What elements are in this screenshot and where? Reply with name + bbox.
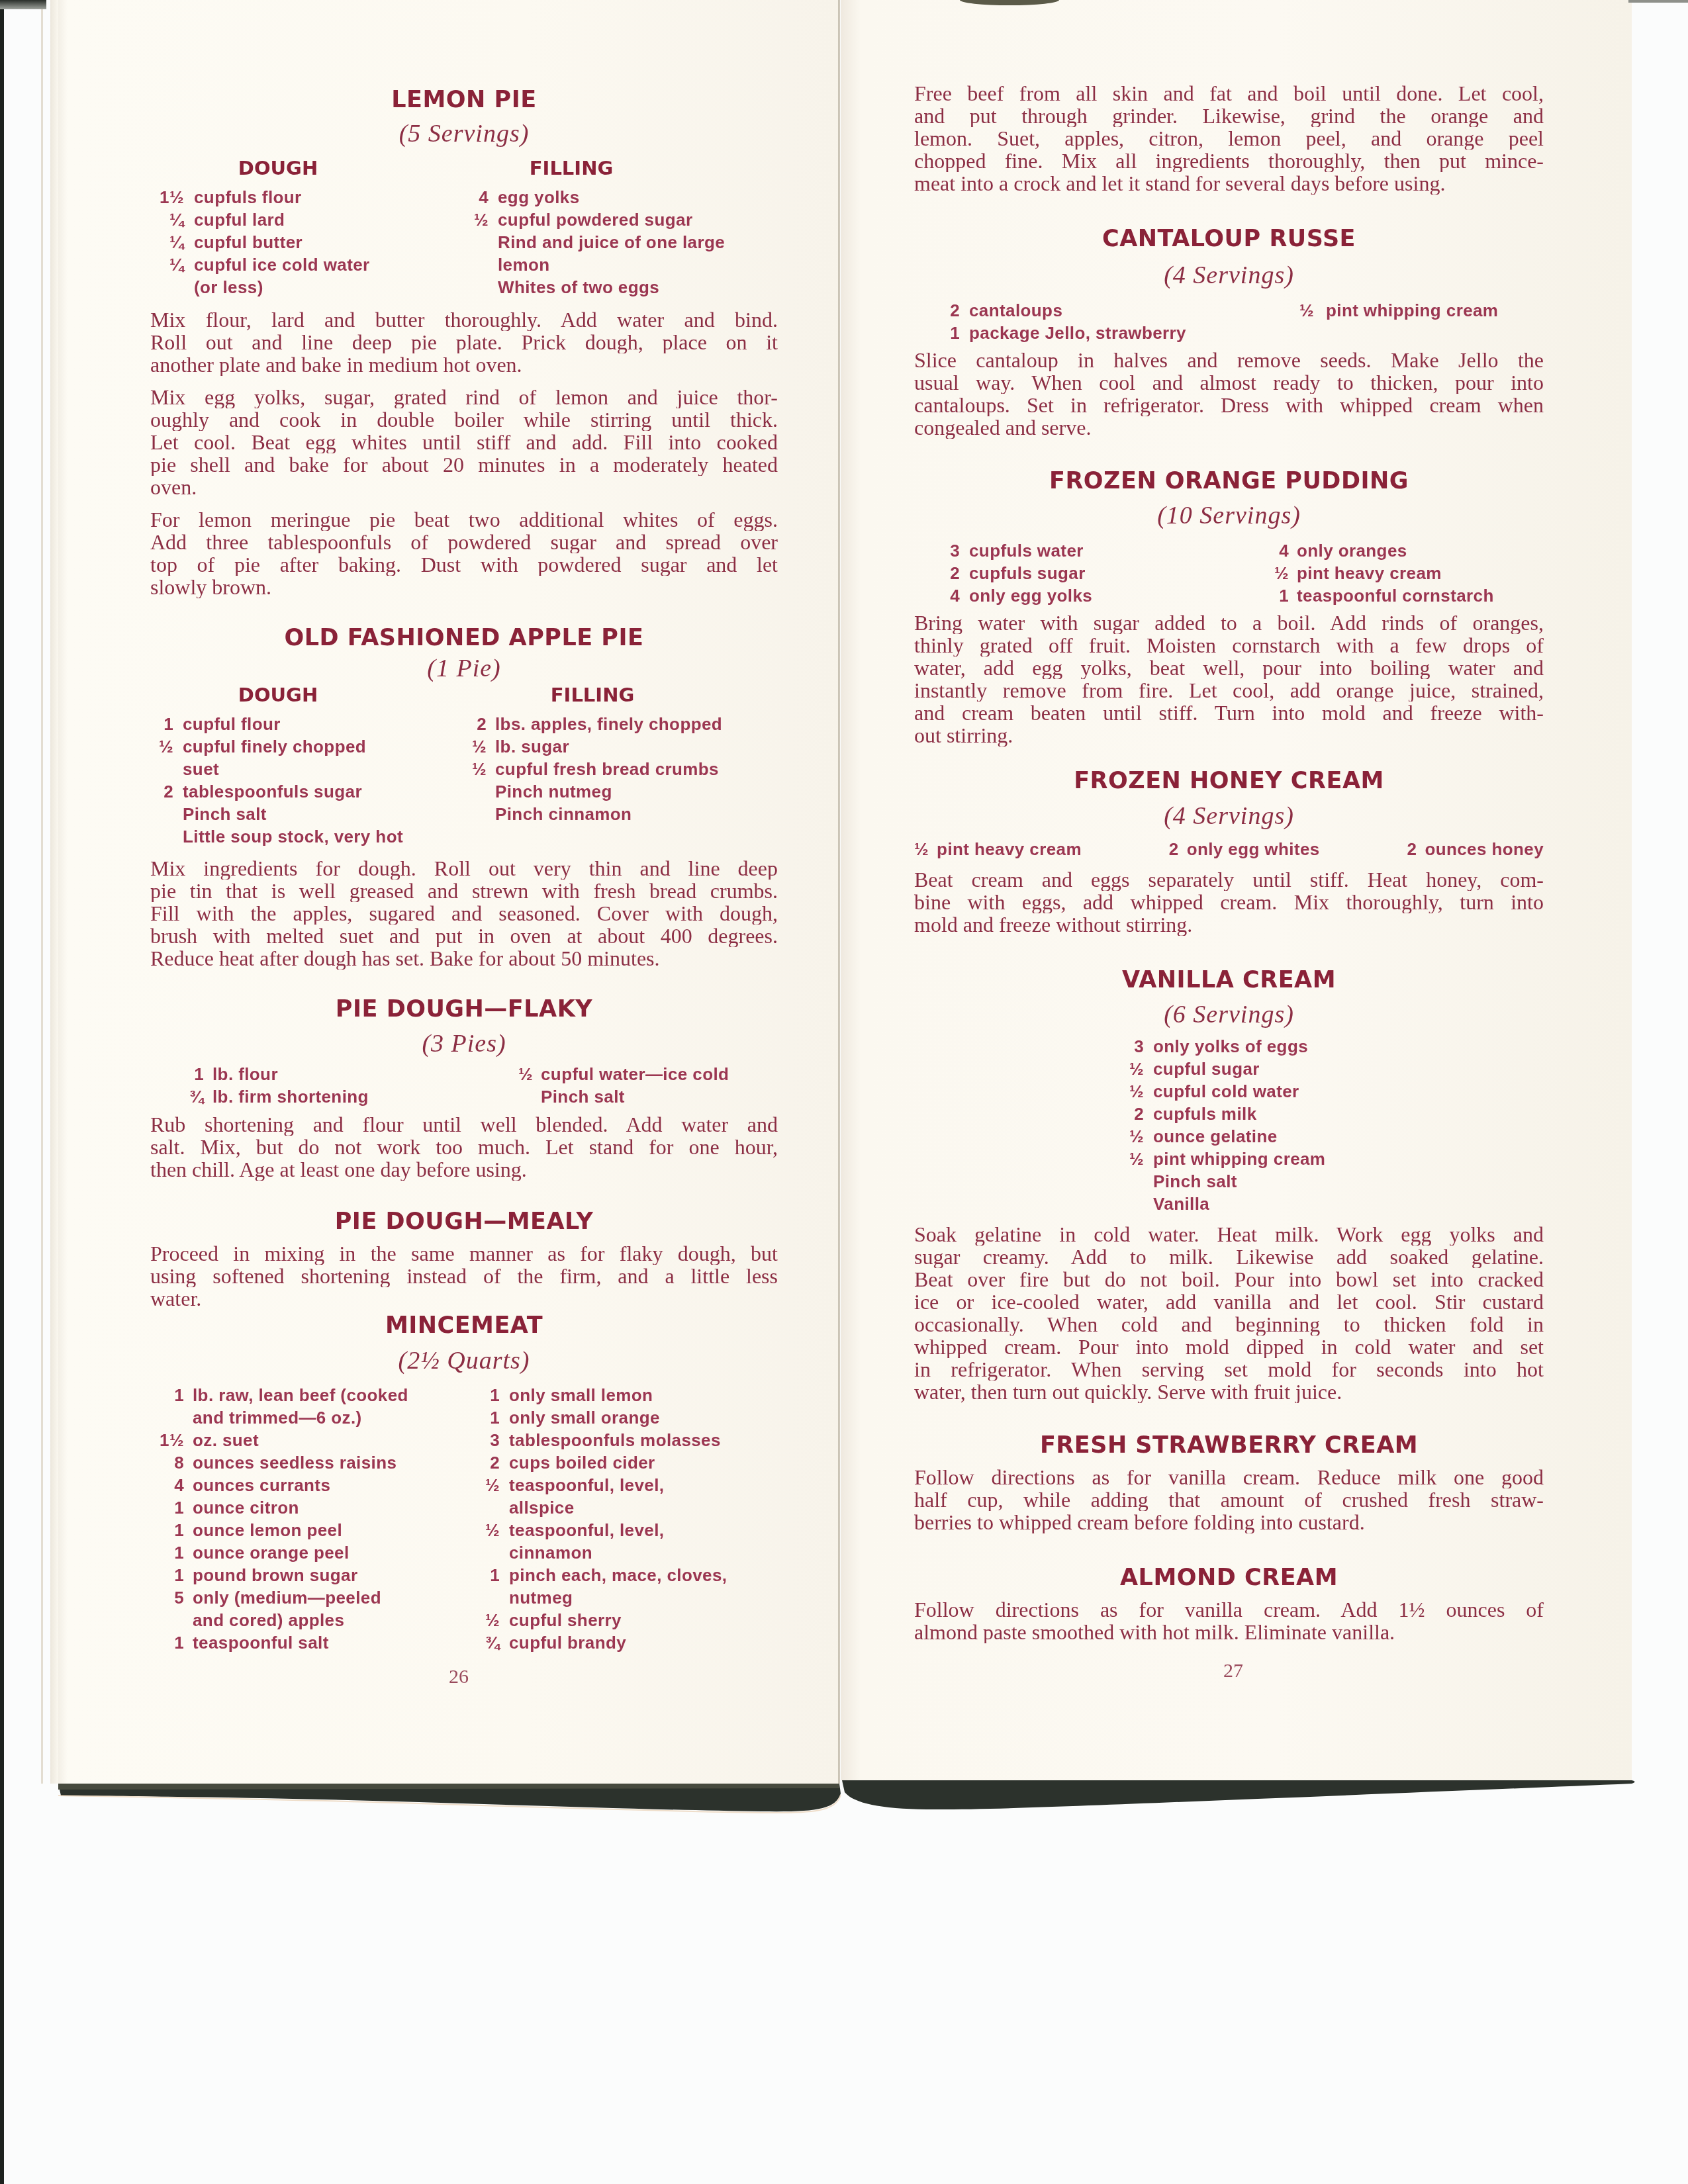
ingredient-name: cupful lard [194, 208, 285, 231]
instructions-paragraph: Bring water with sugar added to a boil. … [914, 612, 1544, 747]
ingredient-name: pint whipping cream [1326, 299, 1498, 322]
paragraph-line: berries to whipped cream before folding … [914, 1511, 1544, 1533]
ingredient-quantity: 1 [165, 1063, 212, 1085]
ingredient-item: ½pint whipping cream [1105, 1148, 1325, 1170]
ingredient-name: cinnamon [509, 1541, 592, 1564]
page-number: 27 [1207, 1660, 1260, 1682]
ingredient-name: only egg yolks [969, 584, 1092, 607]
paragraph-line: Follow directions as for vanilla cream. … [914, 1466, 1544, 1488]
ingredient-quantity: 1 [463, 1564, 509, 1586]
page-number: 26 [432, 1666, 485, 1688]
ingredient-quantity: 3 [1105, 1035, 1153, 1058]
paragraph-line: usual way. When cool and almost ready to… [914, 371, 1544, 394]
ingredient-name: lb. sugar [495, 735, 569, 758]
ingredient-item: ½ounce gelatine [1105, 1125, 1325, 1148]
ingredient-quantity: 1 [463, 1384, 509, 1406]
ingredient-quantity: 2 [927, 562, 969, 584]
ingredient-item: 2only egg whites [1169, 838, 1320, 860]
paragraph-line: top of pie after baking. Dust with powde… [150, 553, 778, 576]
recipe-yield: (6 Servings) [914, 1001, 1544, 1028]
ingredient-quantity [463, 1496, 509, 1519]
paragraph-line: Mix flour, lard and butter thoroughly. A… [150, 308, 778, 331]
ingredient-quantity: ½ [463, 1609, 509, 1631]
ingredient-name: Pinch cinnamon [495, 803, 632, 825]
recipe-title: CANTALOUP RUSSE [914, 226, 1544, 252]
ingredient-item: 1pinch each, mace, cloves, [463, 1564, 727, 1586]
ingredient-name: cupful sugar [1153, 1058, 1260, 1080]
ingredient-name: pound brown sugar [193, 1564, 357, 1586]
ingredient-item: and cored) apples [142, 1609, 408, 1631]
ingredient-quantity [142, 1609, 193, 1631]
ingredient-quantity: ½ [463, 1474, 509, 1496]
book-spine [838, 0, 840, 1784]
paragraph-line: Rub shortening and flour until well blen… [150, 1113, 778, 1136]
ingredient-quantity: 8 [142, 1451, 193, 1474]
recipe-title: LEMON PIE [150, 87, 778, 113]
ingredient-quantity: ½ [496, 1063, 541, 1085]
recipe-yield: (5 Servings) [150, 120, 778, 147]
recipe-title: MINCEMEAT [150, 1312, 778, 1339]
ingredient-name: Vanilla [1153, 1193, 1209, 1215]
ingredient-list: ½pint whipping cream [1278, 299, 1498, 322]
ingredient-item: 2tablespoonfuls sugar [142, 780, 403, 803]
ingredient-item: 2ounces honey [1407, 838, 1544, 860]
ingredient-name: cupful flour [183, 713, 281, 735]
paragraph-line: ice or ice-cooled water, add vanilla and… [914, 1291, 1544, 1313]
recipe-yield: (1 Pie) [150, 655, 778, 682]
ingredient-quantity: ½ [1278, 299, 1326, 322]
paragraph-line: instantly remove from fire. Let cool, ad… [914, 679, 1544, 702]
ingredient-item: ¾cupful brandy [463, 1631, 727, 1654]
ingredient-quantity: ½ [1105, 1080, 1153, 1103]
ingredient-name: suet [183, 758, 219, 780]
ingredient-quantity: ½ [457, 758, 495, 780]
ingredient-quantity: 1 [927, 322, 969, 344]
ingredient-item: cinnamon [463, 1541, 727, 1564]
ingredient-item: ½cupful water—ice cold [496, 1063, 729, 1085]
ingredient-quantity: 2 [1407, 838, 1425, 860]
ingredient-name: lbs. apples, finely chopped [495, 713, 722, 735]
paragraph-line: out stirring. [914, 724, 1544, 747]
recipe-title: OLD FASHIONED APPLE PIE [150, 625, 778, 651]
ingredient-name: cupful powdered sugar [498, 208, 692, 231]
ingredient-name: ounces currants [193, 1474, 330, 1496]
ingredient-name: egg yolks [498, 186, 580, 208]
ingredient-quantity: ¼ [142, 253, 194, 276]
ingredient-item: 1lb. flour [165, 1063, 369, 1085]
filling-heading: FILLING [512, 157, 631, 179]
scanner-shadow-top-right [1628, 0, 1688, 3]
recipe-yield: (2½ Quarts) [150, 1347, 778, 1374]
ingredient-quantity: 3 [463, 1429, 509, 1451]
ingredient-item: 1½cupfuls flour [142, 186, 370, 208]
ingredient-name: teaspoonful salt [193, 1631, 329, 1654]
ingredient-item: 1cupful flour [142, 713, 403, 735]
paragraph-line: Free beef from all skin and fat and boil… [914, 82, 1544, 105]
ingredient-name: ounce citron [193, 1496, 299, 1519]
ingredient-item: 2cupfuls sugar [927, 562, 1092, 584]
ingredient-name: pint heavy cream [937, 838, 1082, 860]
recipe-title: PIE DOUGH—FLAKY [150, 996, 778, 1023]
ingredient-name: cupful water—ice cold [541, 1063, 729, 1085]
instructions-paragraph: Follow directions as for vanilla cream. … [914, 1466, 1544, 1533]
ingredient-item: 1teaspoonful cornstarch [1254, 584, 1494, 607]
recipe-title: ALMOND CREAM [914, 1565, 1544, 1591]
paragraph-line: whipped cream. Pour into mold dipped in … [914, 1336, 1544, 1358]
ingredient-quantity: 1 [142, 1496, 193, 1519]
ingredient-quantity: 2 [1105, 1103, 1153, 1125]
instructions-paragraph: Mix ingredients for dough. Roll out very… [150, 857, 778, 970]
paragraph-line: congealed and serve. [914, 416, 1544, 439]
scanner-shadow-top-left [0, 0, 46, 9]
ingredient-quantity: 2 [142, 780, 183, 803]
ingredient-quantity: 1 [142, 1519, 193, 1541]
ingredient-item: ½teaspoonful, level, [463, 1474, 727, 1496]
ingredient-name: cups boiled cider [509, 1451, 655, 1474]
ingredient-item: 1only small orange [463, 1406, 727, 1429]
ingredient-name: teaspoonful cornstarch [1297, 584, 1494, 607]
ingredient-quantity: 1½ [142, 1429, 193, 1451]
ingredient-name: lb. flour [212, 1063, 278, 1085]
recipe-yield: (4 Servings) [914, 262, 1544, 289]
paragraph-line: Follow directions as for vanilla cream. … [914, 1598, 1544, 1621]
ingredient-name: teaspoonful, level, [509, 1519, 664, 1541]
ingredient-item: ½cupful cold water [1105, 1080, 1325, 1103]
paragraph-line: water, add egg yolks, beat well, pour in… [914, 657, 1544, 679]
ingredient-quantity: 2 [463, 1451, 509, 1474]
ingredient-name: only (medium—peeled [193, 1586, 381, 1609]
recipe-title: PIE DOUGH—MEALY [150, 1208, 778, 1235]
paragraph-line: Beat over fire but do not boil. Pour int… [914, 1268, 1544, 1291]
ingredient-name: and cored) apples [193, 1609, 344, 1631]
ingredient-item: lemon [457, 253, 725, 276]
ingredient-item: allspice [463, 1496, 727, 1519]
ingredient-quantity: ½ [1105, 1058, 1153, 1080]
ingredient-name: only oranges [1297, 539, 1407, 562]
instructions-paragraph: Rub shortening and flour until well blen… [150, 1113, 778, 1181]
paragraph-line: meat into a crock and let it stand for s… [914, 172, 1544, 195]
ingredient-item: Rind and juice of one large [457, 231, 725, 253]
ingredient-name: allspice [509, 1496, 575, 1519]
ingredient-name: Pinch salt [541, 1085, 625, 1108]
ingredient-list: 3only yolks of eggs½cupful sugar½cupful … [1105, 1035, 1325, 1215]
paragraph-line: cantaloups. Set in refrigerator. Dress w… [914, 394, 1544, 416]
page-bottom-shadow [0, 1774, 1688, 1827]
paragraph-line: slowly brown. [150, 576, 778, 598]
ingredient-item: 2cupfuls milk [1105, 1103, 1325, 1125]
ingredient-name: nutmeg [509, 1586, 573, 1609]
ingredient-item: 1ounce orange peel [142, 1541, 408, 1564]
ingredient-item: 1only small lemon [463, 1384, 727, 1406]
ingredient-name: ounce orange peel [193, 1541, 350, 1564]
ingredient-list: ½cupful water—ice coldPinch salt [496, 1063, 729, 1108]
ingredient-name: cupfuls sugar [969, 562, 1086, 584]
ingredient-item: Little soup stock, very hot [142, 825, 403, 848]
ingredient-quantity: ¾ [165, 1085, 212, 1108]
ingredient-quantity: 4 [927, 584, 969, 607]
ingredient-name: pint whipping cream [1153, 1148, 1325, 1170]
ingredient-list: 4only oranges½pint heavy cream1teaspoonf… [1254, 539, 1494, 607]
paragraph-line: mold and freeze without stirring. [914, 913, 1544, 936]
ingredient-item: Vanilla [1105, 1193, 1325, 1215]
recipe-title: FROZEN ORANGE PUDDING [914, 468, 1544, 494]
ingredient-item: Whites of two eggs [457, 276, 725, 298]
ingredient-name: tablespoonfuls molasses [509, 1429, 721, 1451]
ingredient-item: Pinch nutmeg [457, 780, 722, 803]
ingredient-name: only yolks of eggs [1153, 1035, 1308, 1058]
instructions-paragraph: Soak gelatine in cold water. Heat milk. … [914, 1223, 1544, 1403]
paragraph-line: then chill. Age at least one day before … [150, 1158, 778, 1181]
ingredient-quantity [142, 758, 183, 780]
ingredient-item: Pinch salt [142, 803, 403, 825]
instructions-paragraph: Beat cream and eggs separately until sti… [914, 868, 1544, 936]
paragraph-line: bine with eggs, add whipped cream. Mix t… [914, 891, 1544, 913]
ingredient-item: ½pint whipping cream [1278, 299, 1498, 322]
ingredient-quantity [496, 1085, 541, 1108]
ingredient-name: cupful brandy [509, 1631, 626, 1654]
instructions-paragraph: Slice cantaloup in halves and remove see… [914, 349, 1544, 439]
ingredient-item: ½cupful finely chopped [142, 735, 403, 758]
paragraph-line: brush with melted suet and put in oven a… [150, 925, 778, 947]
recipe-yield: (3 Pies) [150, 1030, 778, 1057]
ingredient-item: 2cups boiled cider [463, 1451, 727, 1474]
ingredient-name: ounce lemon peel [193, 1519, 342, 1541]
ingredient-name: package Jello, strawberry [969, 322, 1186, 344]
ingredient-name: cupful sherry [509, 1609, 622, 1631]
ingredient-name: Pinch salt [183, 803, 267, 825]
paragraph-line: Bring water with sugar added to a boil. … [914, 612, 1544, 634]
paragraph-line: water, then turn out quickly. Serve with… [914, 1381, 1544, 1403]
ingredient-quantity: 2 [1169, 838, 1187, 860]
filling-ingredient-list: 2lbs. apples, finely chopped½lb. sugar½c… [457, 713, 722, 825]
ingredient-quantity: ½ [1105, 1148, 1153, 1170]
ingredient-quantity [463, 1541, 509, 1564]
ingredient-name: cupfuls milk [1153, 1103, 1257, 1125]
ingredient-name: cupful butter [194, 231, 303, 253]
ingredient-item: ½cupful sugar [1105, 1058, 1325, 1080]
paragraph-line: oven. [150, 476, 778, 498]
dough-heading: DOUGH [218, 684, 338, 706]
ingredient-name: cupful fresh bread crumbs [495, 758, 719, 780]
scanner-edge [0, 0, 4, 2184]
ingredient-quantity: 1 [1254, 584, 1297, 607]
ingredient-item: ¾lb. firm shortening [165, 1085, 369, 1108]
paragraph-line: oughly and cook in double boiler while s… [150, 408, 778, 431]
ingredient-list: 1lb. flour¾lb. firm shortening [165, 1063, 369, 1108]
ingredient-quantity: ¼ [142, 231, 194, 253]
ingredient-name: lb. raw, lean beef (cooked [193, 1384, 408, 1406]
paragraph-line: and cream beaten until stiff. Turn into … [914, 702, 1544, 724]
ingredient-quantity [142, 276, 194, 298]
ingredient-quantity: 3 [927, 539, 969, 562]
ingredient-item: suet [142, 758, 403, 780]
ingredient-quantity: 2 [457, 713, 495, 735]
ingredient-list: 2cantaloups1package Jello, strawberry [927, 299, 1186, 344]
instructions-paragraph: Mix flour, lard and butter thoroughly. A… [150, 308, 778, 376]
paragraph-line: Add three tablespoonfuls of powdered sug… [150, 531, 778, 553]
ingredient-item: ½cupful fresh bread crumbs [457, 758, 722, 780]
ingredient-item: ½pint heavy cream [1254, 562, 1494, 584]
ingredient-quantity: 1 [142, 1564, 193, 1586]
ingredient-name: and trimmed—6 oz.) [193, 1406, 362, 1429]
filling-ingredient-list: 4egg yolks½cupful powdered sugarRind and… [457, 186, 725, 298]
ingredient-item: 1ounce lemon peel [142, 1519, 408, 1541]
ingredient-quantity: ½ [463, 1519, 509, 1541]
ingredient-item: ½cupful sherry [463, 1609, 727, 1631]
instructions-paragraph: Follow directions as for vanilla cream. … [914, 1598, 1544, 1643]
paragraph-line: salt. Mix, but do not work too much. Let… [150, 1136, 778, 1158]
paragraph-line: Fill with the apples, sugared and season… [150, 902, 778, 925]
ingredient-item: 5only (medium—peeled [142, 1586, 408, 1609]
dough-heading: DOUGH [218, 157, 338, 179]
paragraph-line: water. [150, 1287, 778, 1310]
paragraph-line: another plate and bake in medium hot ove… [150, 353, 778, 376]
paragraph-line: lemon. Suet, apples, citron, lemon peel,… [914, 127, 1544, 150]
ingredient-item: Pinch salt [1105, 1170, 1325, 1193]
ingredient-quantity [457, 780, 495, 803]
ingredient-name: ounces seedless raisins [193, 1451, 397, 1474]
paragraph-line: Reduce heat after dough has set. Bake fo… [150, 947, 778, 970]
ingredient-quantity: 2 [927, 299, 969, 322]
ingredient-item: Pinch salt [496, 1085, 729, 1108]
ingredient-quantity [1105, 1170, 1153, 1193]
ingredient-quantity [142, 803, 183, 825]
ingredient-name: (or less) [194, 276, 263, 298]
dough-ingredient-list: 1cupful flour½cupful finely choppedsuet2… [142, 713, 403, 848]
ingredient-name: cantaloups [969, 299, 1062, 322]
ingredient-item: ½cupful powdered sugar [457, 208, 725, 231]
ingredient-quantity: 1 [142, 713, 183, 735]
paragraph-line: Mix egg yolks, sugar, grated rind of lem… [150, 386, 778, 408]
ingredient-item: 2lbs. apples, finely chopped [457, 713, 722, 735]
ingredient-list: 1only small lemon1only small orange3tabl… [463, 1384, 727, 1654]
ingredient-name: oz. suet [193, 1429, 259, 1451]
ingredient-quantity: ½ [457, 735, 495, 758]
ingredient-item: 4only egg yolks [927, 584, 1092, 607]
ingredient-quantity: 4 [1254, 539, 1297, 562]
paragraph-line: almond paste smoothed with hot milk. Eli… [914, 1621, 1544, 1643]
paragraph-line: For lemon meringue pie beat two addition… [150, 508, 778, 531]
ingredient-name: only small lemon [509, 1384, 653, 1406]
ingredient-item: 1package Jello, strawberry [927, 322, 1186, 344]
ingredient-quantity: ¼ [142, 208, 194, 231]
ingredient-item: 3only yolks of eggs [1105, 1035, 1325, 1058]
ingredient-quantity: ¾ [463, 1631, 509, 1654]
ingredient-name: lemon [498, 253, 550, 276]
filling-heading: FILLING [533, 684, 652, 706]
ingredient-quantity: ½ [457, 208, 498, 231]
ingredient-quantity: ½ [1254, 562, 1297, 584]
ingredient-quantity [457, 276, 498, 298]
ingredient-item: 4ounces currants [142, 1474, 408, 1496]
ingredient-item: 1pound brown sugar [142, 1564, 408, 1586]
ingredient-item: (or less) [142, 276, 370, 298]
ingredient-name: pinch each, mace, cloves, [509, 1564, 727, 1586]
ingredient-name: Rind and juice of one large [498, 231, 725, 253]
ingredient-quantity: 1 [463, 1406, 509, 1429]
ingredient-item: 1lb. raw, lean beef (cooked [142, 1384, 408, 1406]
paragraph-line: sugar creamy. Add to milk. Likewise add … [914, 1246, 1544, 1268]
ingredient-name: tablespoonfuls sugar [183, 780, 362, 803]
recipe-title: FRESH STRAWBERRY CREAM [914, 1432, 1544, 1459]
ingredient-name: cupfuls flour [194, 186, 302, 208]
ingredient-name: Pinch nutmeg [495, 780, 612, 803]
ingredient-quantity: 1 [142, 1384, 193, 1406]
ingredient-quantity [142, 825, 183, 848]
paragraph-line: Beat cream and eggs separately until sti… [914, 868, 1544, 891]
ingredient-item: 3tablespoonfuls molasses [463, 1429, 727, 1451]
ingredient-name: Pinch salt [1153, 1170, 1237, 1193]
ingredient-quantity: 5 [142, 1586, 193, 1609]
ingredient-item: ¼cupful ice cold water [142, 253, 370, 276]
ingredient-item: 3cupfuls water [927, 539, 1092, 562]
ingredient-quantity: 1 [142, 1541, 193, 1564]
instructions-paragraph: Free beef from all skin and fat and boil… [914, 82, 1544, 195]
ingredient-item: 1½oz. suet [142, 1429, 408, 1451]
ingredient-item: 2cantaloups [927, 299, 1186, 322]
ingredient-name: Little soup stock, very hot [183, 825, 403, 848]
ingredient-list: 1lb. raw, lean beef (cookedand trimmed—6… [142, 1384, 408, 1654]
paragraph-line: pie shell and bake for about 20 minutes … [150, 453, 778, 476]
instructions-paragraph: Mix egg yolks, sugar, grated rind of lem… [150, 386, 778, 498]
ingredient-quantity: ½ [914, 838, 937, 860]
ingredient-quantity [457, 803, 495, 825]
ingredient-item: ¼cupful lard [142, 208, 370, 231]
paragraph-line: Proceed in mixing in the same manner as … [150, 1242, 778, 1265]
ingredient-item: 1ounce citron [142, 1496, 408, 1519]
ingredient-item: nutmeg [463, 1586, 727, 1609]
paragraph-line: Slice cantaloup in halves and remove see… [914, 349, 1544, 371]
ingredient-quantity: 4 [142, 1474, 193, 1496]
page-stack-edge [41, 0, 43, 1784]
paragraph-line: half cup, while adding that amount of cr… [914, 1488, 1544, 1511]
ingredient-name: ounces honey [1425, 838, 1544, 860]
ingredient-item: Pinch cinnamon [457, 803, 722, 825]
ingredient-quantity: ½ [1105, 1125, 1153, 1148]
ingredient-name: only egg whites [1187, 838, 1320, 860]
meringue-variation-paragraph: For lemon meringue pie beat two addition… [150, 508, 778, 598]
paragraph-line: and put through grinder. Likewise, grind… [914, 105, 1544, 127]
ingredient-quantity: 1½ [142, 186, 194, 208]
ingredient-quantity: 4 [457, 186, 498, 208]
paragraph-line: chopped fine. Mix all ingredients thorou… [914, 150, 1544, 172]
ingredient-quantity [457, 253, 498, 276]
ingredient-quantity: 1 [142, 1631, 193, 1654]
ingredient-quantity [1105, 1193, 1153, 1215]
ingredient-item: ½teaspoonful, level, [463, 1519, 727, 1541]
ingredient-row: ½pint heavy cream2only egg whites2ounces… [914, 838, 1544, 860]
ingredient-name: Whites of two eggs [498, 276, 659, 298]
paragraph-line: Let cool. Beat egg whites until stiff an… [150, 431, 778, 453]
ingredient-quantity [463, 1586, 509, 1609]
paragraph-line: pie tin that is well greased and strewn … [150, 880, 778, 902]
recipe-title: VANILLA CREAM [914, 967, 1544, 993]
ingredient-item: 1teaspoonful salt [142, 1631, 408, 1654]
paragraph-line: thinly grated off fruit. Moisten cornsta… [914, 634, 1544, 657]
ingredient-name: ounce gelatine [1153, 1125, 1278, 1148]
ingredient-name: lb. firm shortening [212, 1085, 369, 1108]
ingredient-name: cupful cold water [1153, 1080, 1299, 1103]
ingredient-item: 8ounces seedless raisins [142, 1451, 408, 1474]
paragraph-line: Roll out and line deep pie plate. Prick … [150, 331, 778, 353]
ingredient-name: pint heavy cream [1297, 562, 1442, 584]
recipe-title: FROZEN HONEY CREAM [914, 768, 1544, 794]
ingredient-name: cupful finely chopped [183, 735, 366, 758]
ingredient-name: cupful ice cold water [194, 253, 370, 276]
paragraph-line: in refrigerator. When serving set mold f… [914, 1358, 1544, 1381]
ingredient-list: 3cupfuls water2cupfuls sugar4only egg yo… [927, 539, 1092, 607]
ingredient-item: 4egg yolks [457, 186, 725, 208]
